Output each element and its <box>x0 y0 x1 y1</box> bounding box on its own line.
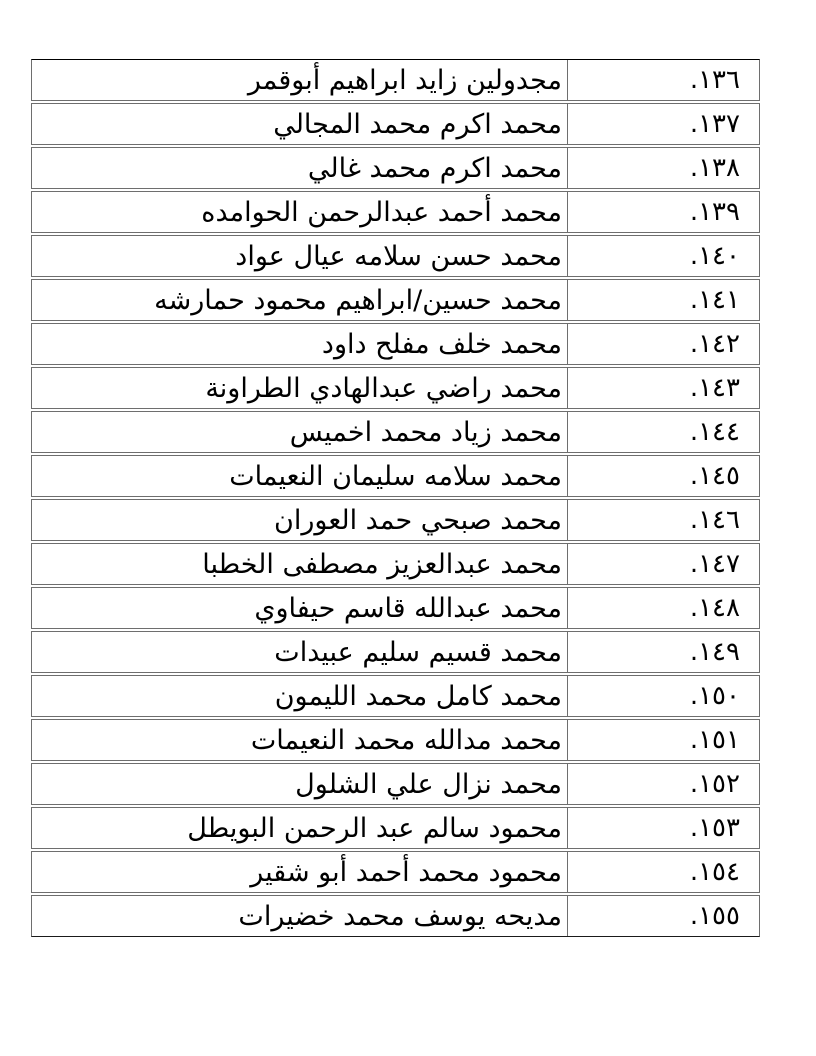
row-name: محمد اكرم محمد غالي <box>32 148 567 188</box>
row-number: ١٥٢. <box>567 764 759 804</box>
row-name: محمد راضي عبدالهادي الطراونة <box>32 368 567 408</box>
table-row: ١٥٢. محمد نزال علي الشلول <box>31 763 760 805</box>
row-name: مجدولين زايد ابراهيم أبوقمر <box>32 60 567 100</box>
row-number: ١٥١. <box>567 720 759 760</box>
document-page: ١٣٦. مجدولين زايد ابراهيم أبوقمر ١٣٧. مح… <box>0 0 816 1056</box>
row-number: ١٣٩. <box>567 192 759 232</box>
row-name: محمد حسين/ابراهيم محمود حمارشه <box>32 280 567 320</box>
row-number: ١٣٦. <box>567 60 759 100</box>
row-name: محمد سلامه سليمان النعيمات <box>32 456 567 496</box>
table-row: ١٤٥. محمد سلامه سليمان النعيمات <box>31 455 760 497</box>
table-row: ١٥٠. محمد كامل محمد الليمون <box>31 675 760 717</box>
table-row: ١٥١. محمد مدالله محمد النعيمات <box>31 719 760 761</box>
row-number: ١٥٤. <box>567 852 759 892</box>
table-row: ١٤٠. محمد حسن سلامه عيال عواد <box>31 235 760 277</box>
row-number: ١٤٤. <box>567 412 759 452</box>
table-row: ١٤٣. محمد راضي عبدالهادي الطراونة <box>31 367 760 409</box>
row-name: محمد قسيم سليم عبيدات <box>32 632 567 672</box>
row-name: محمد أحمد عبدالرحمن الحوامده <box>32 192 567 232</box>
row-number: ١٥٠. <box>567 676 759 716</box>
row-number: ١٤١. <box>567 280 759 320</box>
row-name: محمد اكرم محمد المجالي <box>32 104 567 144</box>
row-name: محمد نزال علي الشلول <box>32 764 567 804</box>
row-name: محمد زياد محمد اخميس <box>32 412 567 452</box>
row-name: محمود سالم عبد الرحمن البويطل <box>32 808 567 848</box>
row-name: محمد كامل محمد الليمون <box>32 676 567 716</box>
table-row: ١٤١. محمد حسين/ابراهيم محمود حمارشه <box>31 279 760 321</box>
row-number: ١٤٥. <box>567 456 759 496</box>
row-name: محمد عبدالله قاسم حيفاوي <box>32 588 567 628</box>
table-row: ١٣٦. مجدولين زايد ابراهيم أبوقمر <box>31 59 760 101</box>
row-name: محمد صبحي حمد العوران <box>32 500 567 540</box>
table-row: ١٣٩. محمد أحمد عبدالرحمن الحوامده <box>31 191 760 233</box>
table-row: ١٤٩. محمد قسيم سليم عبيدات <box>31 631 760 673</box>
table-row: ١٤٤. محمد زياد محمد اخميس <box>31 411 760 453</box>
row-name: محمد عبدالعزيز مصطفى الخطبا <box>32 544 567 584</box>
table-row: ١٤٨. محمد عبدالله قاسم حيفاوي <box>31 587 760 629</box>
row-name: محمد مدالله محمد النعيمات <box>32 720 567 760</box>
row-number: ١٥٣. <box>567 808 759 848</box>
table-row: ١٣٨. محمد اكرم محمد غالي <box>31 147 760 189</box>
row-name: محمد خلف مفلح داود <box>32 324 567 364</box>
row-name: محمود محمد أحمد أبو شقير <box>32 852 567 892</box>
names-table: ١٣٦. مجدولين زايد ابراهيم أبوقمر ١٣٧. مح… <box>31 59 760 937</box>
table-row: ١٤٢. محمد خلف مفلح داود <box>31 323 760 365</box>
row-name: محمد حسن سلامه عيال عواد <box>32 236 567 276</box>
table-row: ١٤٦. محمد صبحي حمد العوران <box>31 499 760 541</box>
row-name: مديحه يوسف محمد خضيرات <box>32 896 567 936</box>
row-number: ١٤٦. <box>567 500 759 540</box>
table-row: ١٥٣. محمود سالم عبد الرحمن البويطل <box>31 807 760 849</box>
row-number: ١٣٧. <box>567 104 759 144</box>
table-row: ١٥٤. محمود محمد أحمد أبو شقير <box>31 851 760 893</box>
row-number: ١٥٥. <box>567 896 759 936</box>
row-number: ١٤٩. <box>567 632 759 672</box>
table-row: ١٤٧. محمد عبدالعزيز مصطفى الخطبا <box>31 543 760 585</box>
row-number: ١٤٣. <box>567 368 759 408</box>
row-number: ١٤٢. <box>567 324 759 364</box>
table-row: ١٣٧. محمد اكرم محمد المجالي <box>31 103 760 145</box>
row-number: ١٤٧. <box>567 544 759 584</box>
row-number: ١٣٨. <box>567 148 759 188</box>
table-row: ١٥٥. مديحه يوسف محمد خضيرات <box>31 895 760 937</box>
row-number: ١٤٨. <box>567 588 759 628</box>
row-number: ١٤٠. <box>567 236 759 276</box>
